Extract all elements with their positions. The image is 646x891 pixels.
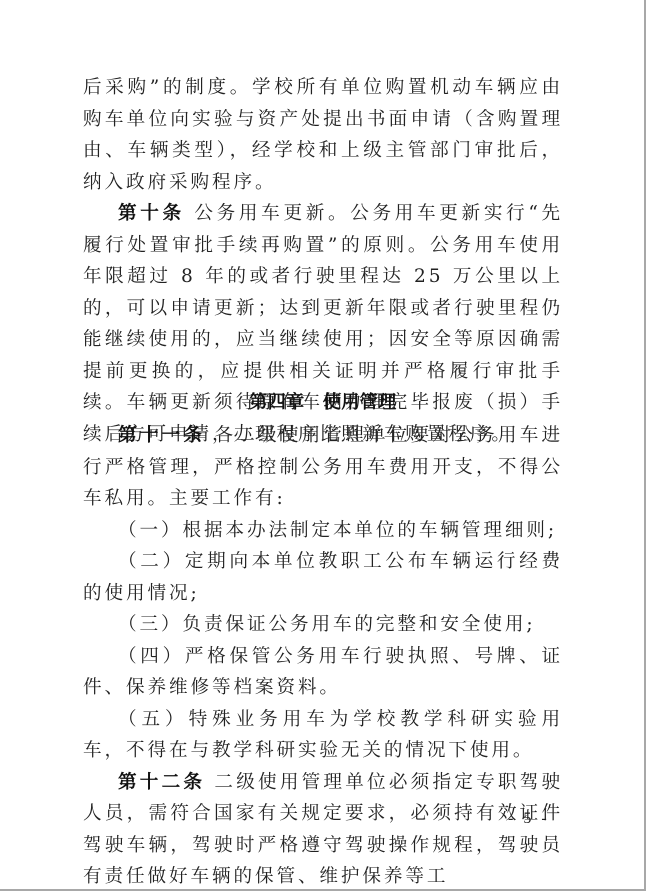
article-12-paragraph: 第十二条 二级使用管理单位必须指定专职驾驶人员，需符合国家有关规定要求，必须持有… [83, 767, 563, 891]
page-number: - 5 - [508, 810, 550, 828]
continuation-paragraph: 后采购”的制度。学校所有单位购置机动车辆应由购车单位向实验与资产处提出书面申请（… [83, 72, 563, 198]
chapter-heading: 第四章使用管理 [0, 390, 646, 416]
article-11-item-4: （四）严格保管公务用车行驶执照、号牌、证件、保养维修等档案资料。 [83, 641, 563, 704]
lower-text-block: 第十一条 各二级使用管理单位要对公务用车进行严格管理，严格控制公务用车费用开支，… [83, 420, 563, 891]
chapter-number: 第四章 [249, 392, 305, 413]
article-11-item-1: （一）根据本办法制定本单位的车辆管理细则; [83, 515, 563, 547]
article-12-label: 第十二条 [118, 772, 205, 793]
article-11-paragraph: 第十一条 各二级使用管理单位要对公务用车进行严格管理，严格控制公务用车费用开支，… [83, 420, 563, 515]
article-11-item-2: （二）定期向本单位教职工公布车辆运行经费的使用情况; [83, 546, 563, 609]
chapter-title: 使用管理 [323, 392, 397, 413]
article-10-label: 第十条 [118, 203, 185, 224]
document-page: 后采购”的制度。学校所有单位购置机动车辆应由购车单位向实验与资产处提出书面申请（… [0, 0, 646, 891]
article-11-item-5: （五）特殊业务用车为学校教学科研实验用车，不得在与教学科研实验无关的情况下使用。 [83, 704, 563, 767]
article-11-label: 第十一条 [118, 425, 205, 446]
article-11-item-3: （三）负责保证公务用车的完整和安全使用; [83, 609, 563, 641]
